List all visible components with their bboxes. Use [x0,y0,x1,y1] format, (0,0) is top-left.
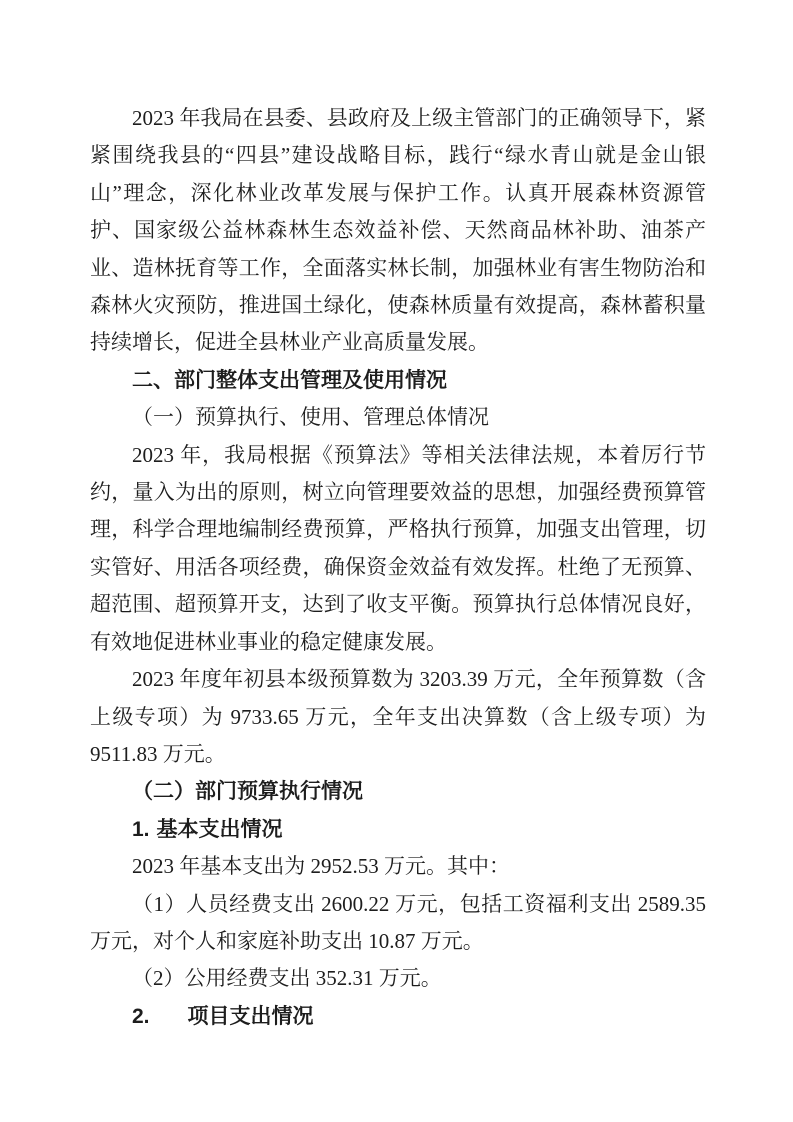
project-expense-heading: 2.项目支出情况 [90,998,706,1035]
section-2-1-heading: （一）预算执行、使用、管理总体情况 [90,399,706,436]
basic-expense-heading-number: 1. [132,818,150,841]
project-expense-heading-text: 项目支出情况 [188,1005,314,1028]
project-expense-heading-number: 2. [132,1005,150,1028]
document-page: 2023 年我局在县委、县政府及上级主管部门的正确领导下，紧紧围绕我县的“四县”… [0,0,793,1122]
budget-numbers-paragraph: 2023 年度年初县本级预算数为 3203.39 万元，全年预算数（含上级专项）… [90,661,706,773]
intro-paragraph: 2023 年我局在县委、县政府及上级主管部门的正确领导下，紧紧围绕我县的“四县”… [90,100,706,362]
section-2-2-heading: （二）部门预算执行情况 [90,773,706,810]
basic-expense-total-paragraph: 2023 年基本支出为 2952.53 万元。其中： [90,848,706,885]
personnel-expense-paragraph: （1）人员经费支出 2600.22 万元，包括工资福利支出 2589.35 万元… [90,886,706,961]
budget-overview-paragraph: 2023 年，我局根据《预算法》等相关法律法规，本着厉行节约，量入为出的原则，树… [90,437,706,661]
section-2-heading: 二、部门整体支出管理及使用情况 [90,362,706,399]
basic-expense-heading-text: 基本支出情况 [157,818,283,841]
basic-expense-heading: 1.基本支出情况 [90,811,706,848]
public-expense-paragraph: （2）公用经费支出 352.31 万元。 [90,960,706,997]
